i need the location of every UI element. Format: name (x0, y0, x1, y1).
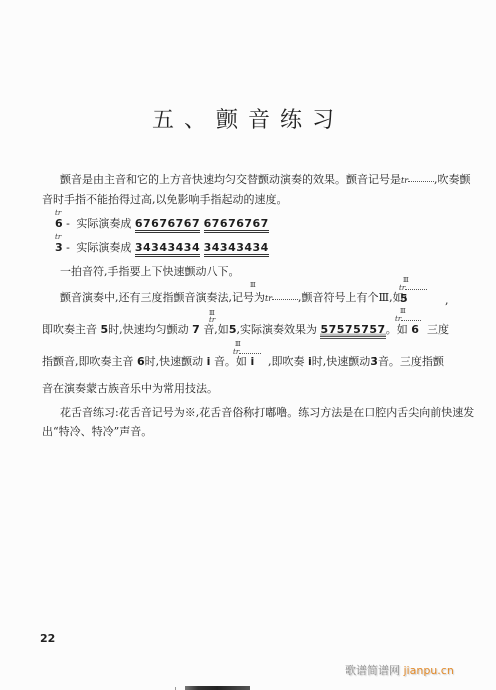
example-2: 3 - 实际演奏成 34343434 34343434 (55, 241, 269, 255)
paragraph-3-line-4: 音在演奏蒙古族音乐中为常用技法。 (42, 382, 218, 396)
text: ,颤音符号上有个Ⅲ,如: (298, 291, 407, 304)
trill-symbol: tr (265, 291, 298, 304)
third-mark: Ⅲ (250, 283, 256, 289)
paragraph-3-line-3-tail: ,即吹奏 i时,快速颤动3̇音。三度指颤 (268, 355, 444, 369)
result-notes: 57575757 (320, 323, 385, 339)
note: 6 (411, 323, 419, 336)
paragraph-3-line-2: 即吹奏主音 5时,快速均匀颤动 7 音,如5,实际演奏效果为 57575757。… (42, 323, 419, 337)
example-1-group-2: 67676767 (204, 217, 269, 233)
paragraph-1-line-1: 颤音是由主音和它的上方音快速均匀交替颤动演奏的效果。颤音记号是tr,吹奏颤 (60, 173, 471, 188)
note: 6 (137, 355, 145, 368)
comma: , (445, 294, 449, 308)
example-2-label: 实际演奏成 (76, 241, 131, 254)
text: 时,快速均匀颤动 (108, 323, 189, 336)
watermark: 歌谱简谱网 jianpu.cn (345, 662, 454, 678)
trill-symbol: tr (401, 173, 434, 186)
trill-mark: tr (395, 316, 421, 323)
text: 即吹奏主音 (42, 323, 97, 336)
text: 音,如 (203, 323, 229, 336)
note: i (207, 355, 211, 368)
page-title: 五、颤音练习 (0, 103, 496, 134)
text: 音。如 (214, 355, 247, 368)
text: ,实际演奏效果为 (236, 323, 317, 336)
paragraph-2: 一拍音符,手指要上下快速颤动八下。 (60, 265, 240, 279)
text: 指颤音,即吹奏主音 (42, 355, 134, 368)
text: 。如 (386, 323, 408, 336)
note: 7 (192, 323, 200, 336)
paragraph-4-line-1: 花舌音练习:花舌音记号为※,花舌音俗称打嘟噜。练习方法是在口腔内舌尖向前快速发 (60, 406, 474, 420)
text: ,即吹奏 (268, 355, 305, 368)
text: 三度 (427, 323, 449, 337)
scan-bar (185, 686, 250, 690)
trill-mark: tr (55, 234, 61, 241)
example-2-note: 3 (55, 241, 63, 254)
watermark-url: jianpu.cn (404, 664, 454, 677)
trill-mark: tr (399, 285, 427, 292)
text: 颤音是由主音和它的上方音快速均匀交替颤动演奏的效果。颤音记号是 (60, 173, 401, 186)
example-2-group-2: 34343434 (204, 241, 269, 257)
paragraph-3-line-3: 指颤音,即吹奏主音 6时,快速颤动 i 音。如 i (42, 355, 254, 369)
paragraph-4-line-2: 出“特冷、特冷”声音。 (42, 425, 152, 439)
page-number: 22 (40, 632, 55, 645)
paragraph-3-line-1: 颤音演奏中,还有三度指颤音演奏法,记号为tr,颤音符号上有个Ⅲ,如: (60, 291, 407, 306)
text: 颤音演奏中,还有三度指颤音演奏法,记号为 (60, 291, 265, 304)
paragraph-1-line-2: 音时手指不能抬得过高,以免影响手指起动的速度。 (42, 193, 288, 207)
example-1-group-1: 67676767 (135, 217, 200, 233)
example-2-group-1: 34343434 (135, 241, 200, 257)
dash: - (66, 241, 70, 254)
trill-mark: tr (55, 210, 61, 217)
watermark-text: 歌谱简谱网 (345, 664, 400, 677)
note: 5 (101, 323, 109, 336)
text: 时,快速颤动 (312, 355, 371, 368)
text: ,吹奏颤 (434, 173, 471, 186)
example-1-note: 6 (55, 217, 63, 230)
dash: - (66, 217, 70, 230)
text: 时,快速颤动 (145, 355, 204, 368)
example-1: 6 - 实际演奏成 67676767 67676767 (55, 217, 269, 231)
note: 3̇ (370, 355, 378, 368)
example-1-label: 实际演奏成 (76, 217, 131, 230)
note: i (250, 355, 254, 368)
text: 音。三度指颤 (378, 355, 444, 368)
trill-example-note: 5 (400, 292, 408, 306)
document-page: 五、颤音练习 颤音是由主音和它的上方音快速均匀交替颤动演奏的效果。颤音记号是tr… (0, 0, 496, 690)
